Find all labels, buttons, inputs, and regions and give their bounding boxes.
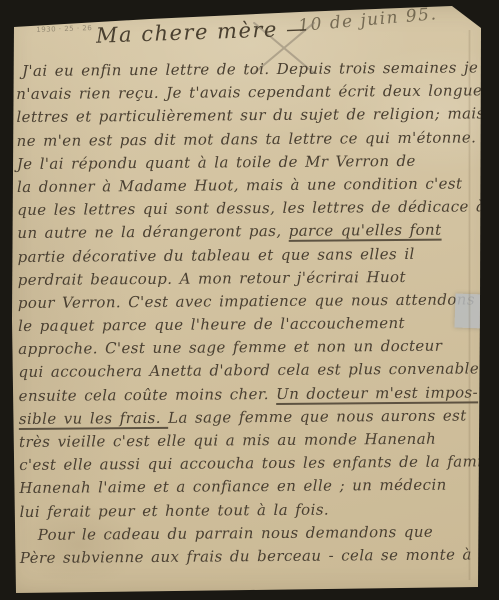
phrase: ne m'en est pas dit mot dans ta lettre c…: [17, 128, 477, 150]
underlined-phrase: sible vu les frais.: [19, 409, 168, 428]
phrase: Hanenah l'aime et a confiance en elle ; …: [19, 476, 447, 497]
letter-date: 10 de juin 95.: [297, 0, 488, 36]
phrase: lui ferait peur et honte tout à la fois.: [19, 500, 329, 520]
phrase: approche. C'est une sage femme et non un…: [18, 337, 442, 358]
phrase: Pour le cadeau du parrain nous demandons…: [38, 522, 434, 543]
phrase: la donner à Madame Huot, mais à une cond…: [17, 174, 463, 195]
archival-note-line: Col. Vivi: [36, 6, 92, 17]
phrase: un autre ne la dérangeront pas,: [17, 222, 288, 242]
phrase: J'ai eu enfin une lettre de toi. Depuis …: [22, 58, 478, 80]
phrase: qui accouchera Anetta d'abord cela est p…: [18, 360, 484, 382]
underlined-phrase: Un docteur m'est impos-: [276, 383, 478, 403]
phrase: ensuite cela coûte moins cher.: [19, 385, 277, 405]
phrase: pour Verron. C'est avec impatience que n…: [18, 290, 475, 312]
phrase: très vieille c'est elle qui a mis au mon…: [19, 430, 436, 451]
letter-body: J'ai eu enfin une lettre de toi. Depuis …: [16, 58, 492, 572]
paper-crease: [468, 30, 471, 580]
phrase: c'est elle aussi qui accoucha tous les e…: [19, 452, 499, 474]
archival-pencil-note: Col. Vivi E. Bernard–dt 1930 · 25 · 26: [36, 6, 93, 35]
phrase: le paquet parce que l'heure de l'accouch…: [18, 314, 405, 335]
phrase: n'avais rien reçu. Je t'avais cependant …: [16, 81, 490, 103]
phrase: Je l'ai répondu quant à la toile de Mr V…: [17, 152, 416, 173]
phrase: La sage femme que nous aurons est: [168, 406, 467, 426]
phrase: partie décorative du tableau et que sans…: [17, 244, 414, 265]
underlined-phrase: parce qu'elles font: [289, 221, 442, 240]
phrase: lettres et particulièrement sur du sujet…: [16, 104, 499, 126]
archival-note-line: 1930 · 25 · 26: [36, 24, 92, 35]
phrase: que les lettres qui sont dessus, les let…: [17, 197, 485, 219]
phrase: perdrait beaucoup. A mon retour j'écrira…: [18, 268, 406, 289]
handwritten-line: Père subvienne aux frais du berceau - ce…: [20, 545, 492, 572]
scanned-letter-photo: Col. Vivi E. Bernard–dt 1930 · 25 · 26 1…: [0, 0, 499, 600]
letter-page: Col. Vivi E. Bernard–dt 1930 · 25 · 26 1…: [0, 0, 499, 600]
phrase: Père subvienne aux frais du berceau - ce…: [20, 545, 472, 567]
